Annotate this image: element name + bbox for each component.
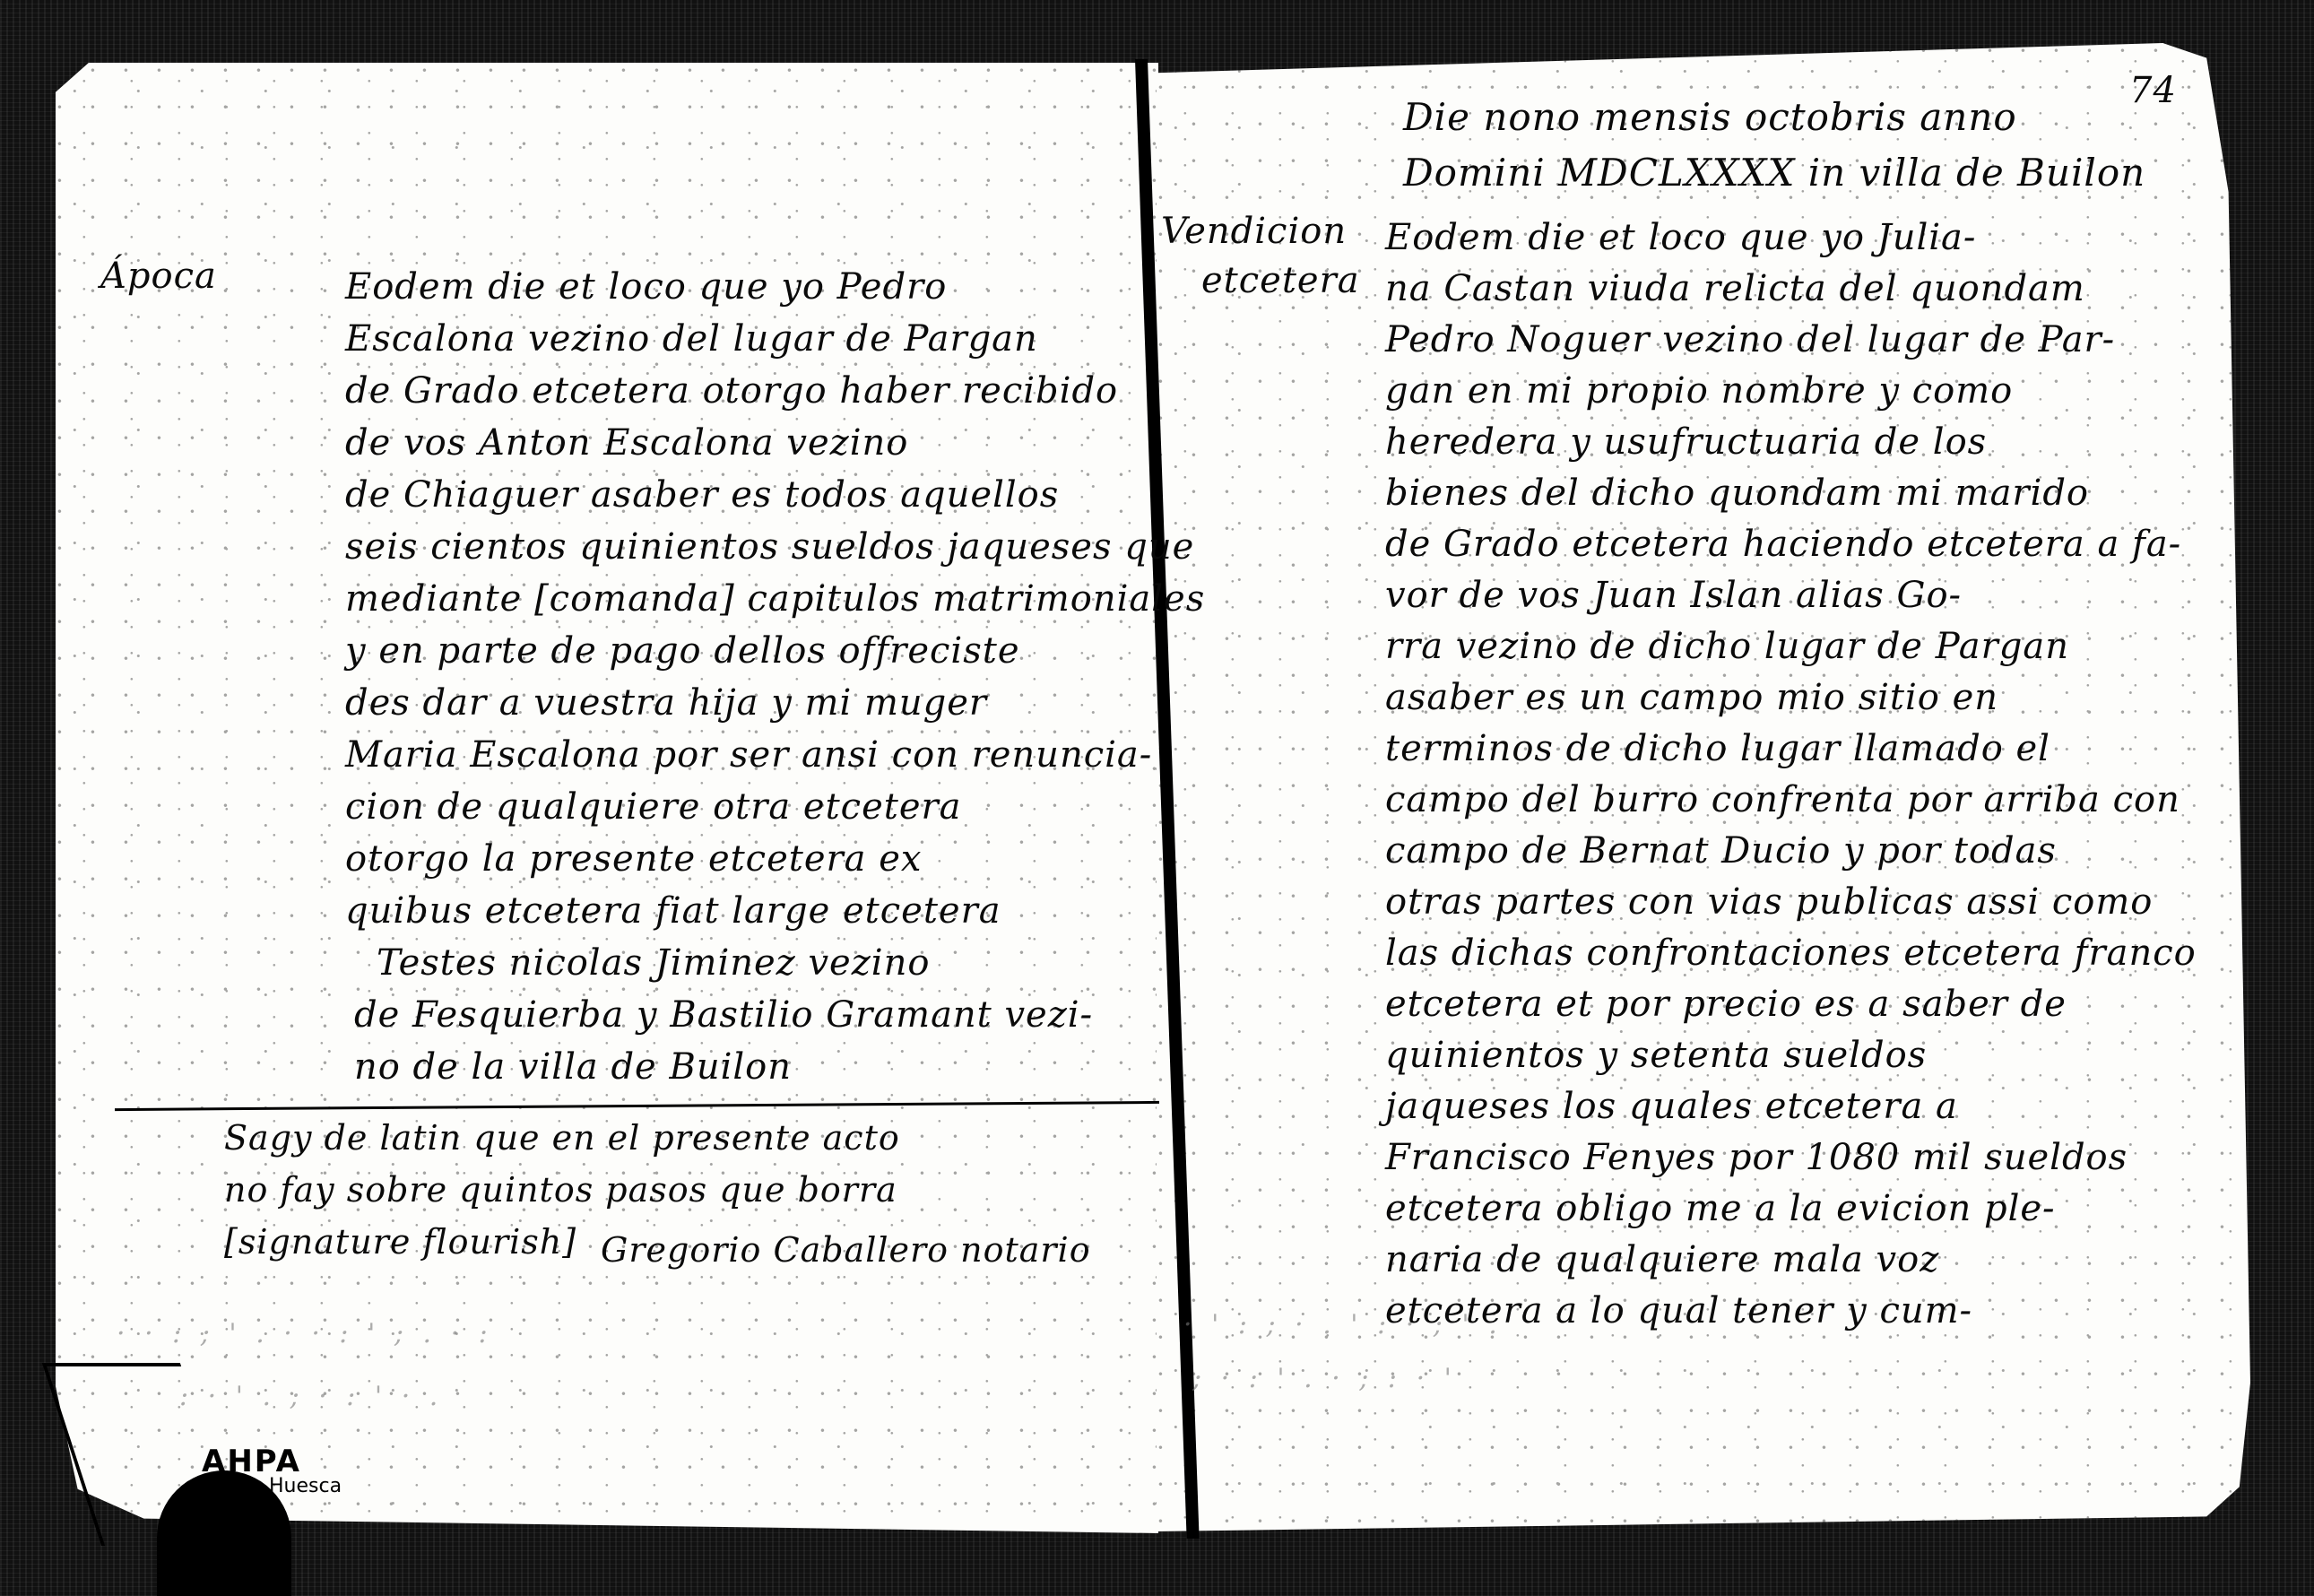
manuscript-line: mediante [comanda] capitulos matrimonial… — [345, 581, 1205, 617]
manuscript-line: asaber es un campo mio sitio en — [1385, 680, 1998, 716]
manuscript-line: des dar a vuestra hija y mi muger — [345, 685, 987, 721]
manuscript-line: otras partes con vias publicas assi como — [1385, 884, 2153, 920]
bleed-through-text: ; · : ' . · ; : · ' — [1192, 1363, 1457, 1394]
manuscript-line: de Chiaguer asaber es todos aquellos — [345, 477, 1059, 513]
archive-stamp: AHPA — [202, 1444, 301, 1479]
manuscript-line: na Castan viuda relicta del quondam — [1385, 271, 2085, 307]
manuscript-line: Maria Escalona por ser ansi con renuncia… — [345, 737, 1152, 773]
manuscript-line: de Grado etcetera otorgo haber recibido — [345, 373, 1118, 409]
manuscript-line: bienes del dicho quondam mi marido — [1385, 475, 2089, 511]
manuscript-line: quinientos y setenta sueldos — [1385, 1037, 1927, 1073]
manuscript-line: las dichas confrontaciones etcetera fran… — [1385, 935, 2197, 971]
manuscript-line: Escalona vezino del lugar de Pargan — [345, 321, 1038, 357]
manuscript-line: naria de qualquiere mala voz — [1385, 1242, 1939, 1278]
manuscript-line: y en parte de pago dellos offreciste — [345, 633, 1019, 669]
manuscript-line: Francisco Fenyes por 1080 mil sueldos — [1385, 1140, 2128, 1175]
manuscript-line: de Fesquierba y Bastilio Gramant vezi- — [354, 997, 1093, 1033]
manuscript-line: etcetera et por precio es a saber de — [1385, 986, 2067, 1022]
manuscript-line: Domini MDCLXXXX in villa de Builon — [1403, 154, 2145, 192]
manuscript-line: etcetera — [1201, 263, 1360, 299]
manuscript-line: Vendicion — [1161, 213, 1347, 249]
manuscript-line: cion de qualquiere otra etcetera — [345, 789, 961, 825]
manuscript-line: campo del burro confrenta por arriba con — [1385, 782, 2180, 818]
manuscript-line: quibus etcetera fiat large etcetera — [345, 893, 1001, 929]
manuscript-line: Eodem die et loco que yo Pedro — [345, 269, 947, 305]
manuscript-line: Sagy de latin que en el presente acto — [224, 1121, 900, 1155]
manuscript-line: seis cientos quinientos sueldos jaqueses… — [345, 529, 1194, 565]
manuscript-line: rra vezino de dicho lugar de Pargan — [1385, 629, 2069, 664]
notary-signature: Gregorio Caballero notario — [601, 1233, 1091, 1267]
manuscript-line: otorgo la presente etcetera ex — [345, 841, 922, 877]
manuscript-line: no fay sobre quintos pasos que borra — [224, 1173, 897, 1207]
manuscript-line: no de la villa de Builon — [354, 1049, 792, 1085]
bleed-through-text: · · : ; ' . · · : ' ; . · : — [117, 1318, 493, 1349]
manuscript-line: jaqueses los quales etcetera a — [1385, 1089, 1958, 1124]
left-margin-note: Ápoca — [100, 256, 217, 297]
manuscript-line: heredera y usufructuaria de los — [1385, 424, 1987, 460]
bleed-through-text: · ' : ; · . ' : · ; ' . — [1183, 1309, 1503, 1340]
manuscript-line: Eodem die et loco que yo Julia- — [1385, 220, 1976, 256]
manuscript-line: Pedro Noguer vezino del lugar de Par- — [1385, 322, 2115, 358]
manuscript-line: Die nono mensis octobris anno — [1403, 99, 2017, 136]
manuscript-line: de Grado etcetera haciendo etcetera a fa… — [1385, 526, 2181, 562]
manuscript-line: etcetera obligo me a la evicion ple- — [1385, 1191, 2056, 1227]
manuscript-line: de vos Anton Escalona vezino — [345, 425, 908, 461]
manuscript-line: campo de Bernat Ducio y por todas — [1385, 833, 2057, 869]
manuscript-line: terminos de dicho lugar llamado el — [1385, 731, 2050, 767]
folio-number: 74 — [2129, 70, 2177, 111]
bleed-through-text: : · ' . ; · : ' · . — [179, 1381, 443, 1412]
manuscript-line: Testes nicolas Jiminez vezino — [377, 945, 930, 981]
manuscript-line: gan en mi propio nombre y como — [1385, 373, 2013, 409]
manuscript-line: vor de vos Juan Islan alias Go- — [1385, 577, 1962, 613]
manuscript-line: [signature flourish] — [224, 1225, 576, 1259]
archive-stamp-subtext: Huesca — [269, 1475, 342, 1497]
